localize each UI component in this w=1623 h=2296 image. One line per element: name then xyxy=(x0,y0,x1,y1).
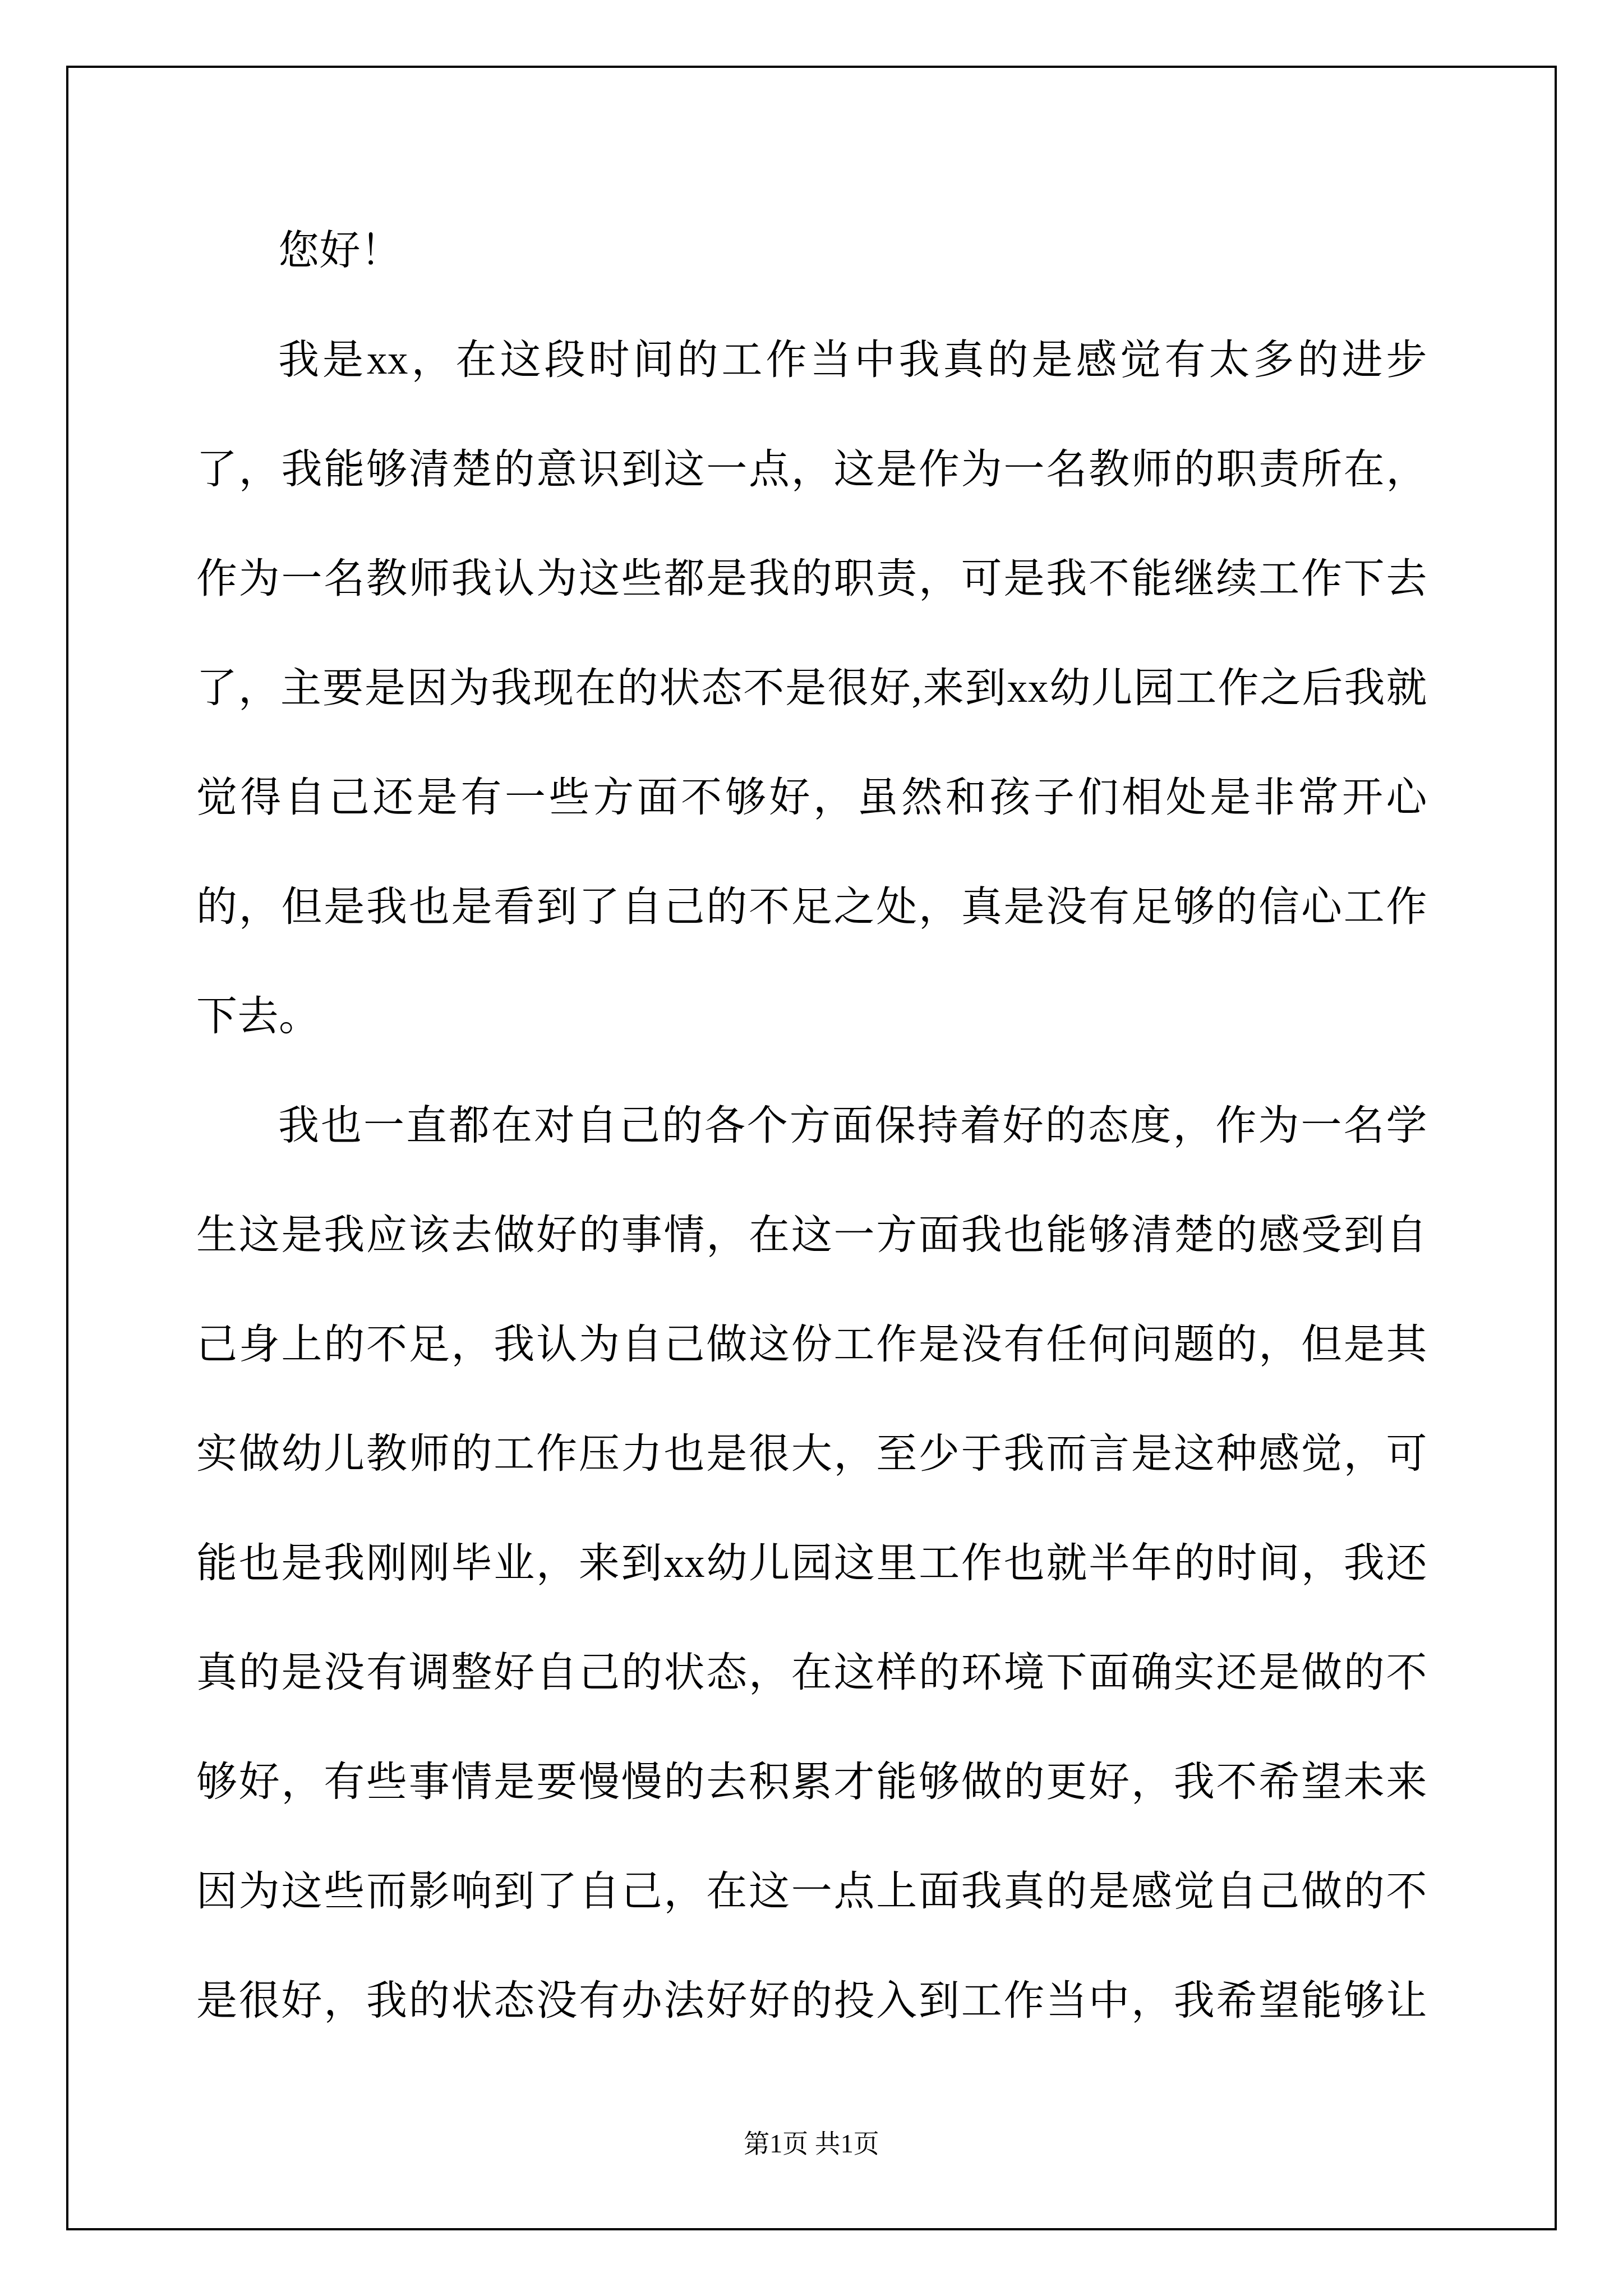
salutation: 您好！ xyxy=(196,196,1427,305)
letter-body: 您好！ 我是xx，在这段时间的工作当中我真的是感觉有太多的进步了，我能够清楚的意… xyxy=(196,196,1427,2056)
document-page: 您好！ 我是xx，在这段时间的工作当中我真的是感觉有太多的进步了，我能够清楚的意… xyxy=(0,0,1623,2296)
paragraph: 我是xx，在这段时间的工作当中我真的是感觉有太多的进步了，我能够清楚的意识到这一… xyxy=(196,305,1427,1071)
page-footer: 第1页 共1页 xyxy=(66,2127,1557,2161)
paragraph: 我也一直都在对自己的各个方面保持着好的态度，作为一名学生这是我应该去做好的事情，… xyxy=(196,1071,1427,2056)
